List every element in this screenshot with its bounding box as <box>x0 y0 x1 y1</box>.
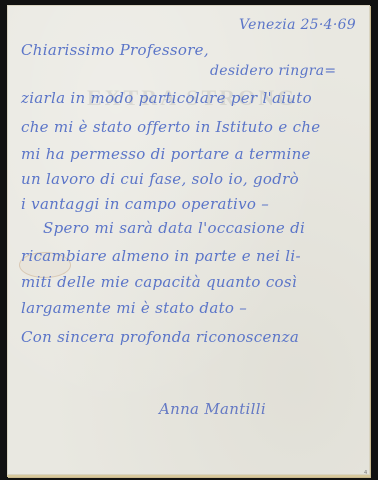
letter-line: i vantaggi in campo operativo – <box>21 195 269 213</box>
letter-signature: Anna Mantilli <box>159 400 266 418</box>
letter-line: largamente mi è stato dato – <box>21 299 247 317</box>
letter-line: un lavoro di cui fase, solo io, godrò <box>21 170 299 188</box>
letter-line: desidero ringra= <box>210 63 336 79</box>
letter-line: Spero mi sarà data l'occasione di <box>43 219 305 237</box>
letter-line: ricambiare almeno in parte e nei li- <box>21 247 301 265</box>
letter-line: che mi è stato offerto in Istituto e che <box>21 118 320 136</box>
letter-date: Venezia 25·4·69 <box>239 17 356 33</box>
page-mark: 4 <box>364 470 367 476</box>
letter-salutation: Chiarissimo Professore, <box>21 41 209 59</box>
letter-line: ziarla in modo particolare per l'aiuto <box>21 89 312 107</box>
letter-line: mi ha permesso di portare a termine <box>21 145 311 163</box>
scan-frame: EXTRA STRONG Venezia 25·4·69 Chiarissimo… <box>0 0 378 480</box>
letter-line: miti delle mie capacità quanto così <box>21 273 297 291</box>
letter-sheet: EXTRA STRONG Venezia 25·4·69 Chiarissimo… <box>7 5 370 477</box>
letter-closing: Con sincera profonda riconoscenza <box>21 328 299 346</box>
